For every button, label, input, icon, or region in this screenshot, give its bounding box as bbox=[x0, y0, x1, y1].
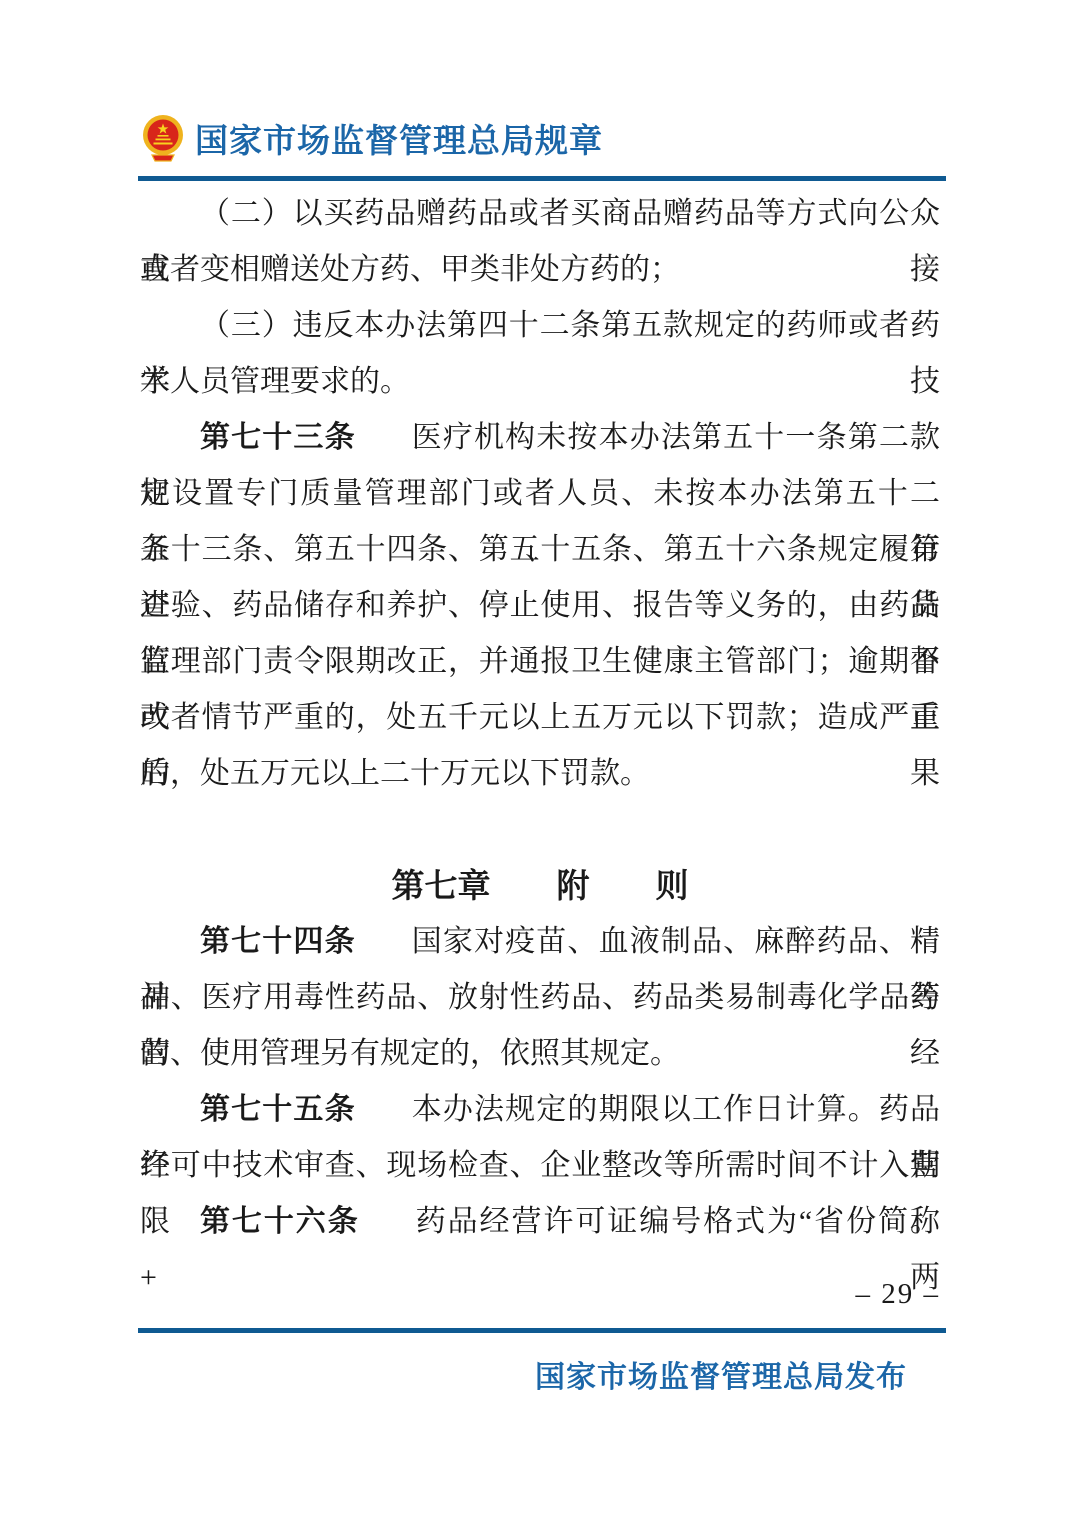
body-line: 第七十六条药品经营许可证编号格式为“省份简称+两 bbox=[140, 1194, 940, 1250]
body-line: 许可中技术审查、现场检查、企业整改等所需时间不计入期限。 bbox=[140, 1138, 940, 1194]
body-line: （三）违反本办法第四十二条第五款规定的药师或者药学技 bbox=[140, 298, 940, 354]
article-number: 第七十六条 bbox=[200, 1205, 360, 1238]
page-number: – 29 – bbox=[856, 1278, 941, 1311]
page-header: 国家市场监督管理总局规章 bbox=[140, 112, 603, 164]
body-line: 五十三条、第五十四条、第五十五条、第五十六条规定履行进货 bbox=[140, 522, 940, 578]
document-body: （二）以买药品赠药品或者买商品赠药品等方式向公众直接或者变相赠送处方药、甲类非处… bbox=[140, 186, 940, 1250]
article-number: 第七十三条 bbox=[200, 421, 356, 454]
body-line: 第七十五条本办法规定的期限以工作日计算。药品经营 bbox=[140, 1082, 940, 1138]
body-line: 第七十四条国家对疫苗、血液制品、麻醉药品、精神药 bbox=[140, 914, 940, 970]
body-line: 管理部门责令限期改正，并通报卫生健康主管部门；逾期不改正 bbox=[140, 634, 940, 690]
body-line: 查验、药品储存和养护、停止使用、报告等义务的，由药品监督 bbox=[140, 578, 940, 634]
header-title: 国家市场监督管理总局规章 bbox=[195, 115, 603, 162]
body-line: 第七十三条医疗机构未按本办法第五十一条第二款规 bbox=[140, 410, 940, 466]
publisher-label: 国家市场监督管理总局发布 bbox=[535, 1352, 907, 1396]
body-line: 定设置专门质量管理部门或者人员、未按本办法第五十二条、第 bbox=[140, 466, 940, 522]
header-rule bbox=[138, 176, 946, 181]
article-number: 第七十四条 bbox=[200, 925, 356, 958]
china-national-emblem-icon bbox=[140, 113, 186, 163]
footer-rule bbox=[138, 1328, 946, 1333]
blank-line bbox=[140, 802, 940, 858]
body-line: （二）以买药品赠药品或者买商品赠药品等方式向公众直接 bbox=[140, 186, 940, 242]
chapter-heading: 第七章 附 则 bbox=[140, 858, 940, 914]
document-page: 国家市场监督管理总局规章 （二）以买药品赠药品或者买商品赠药品等方式向公众直接或… bbox=[0, 0, 1074, 1520]
article-number: 第七十五条 bbox=[200, 1093, 356, 1126]
body-line: 或者情节严重的，处五千元以上五万元以下罚款；造成严重后果 bbox=[140, 690, 940, 746]
body-line: 品、医疗用毒性药品、放射性药品、药品类易制毒化学品等的经 bbox=[140, 970, 940, 1026]
